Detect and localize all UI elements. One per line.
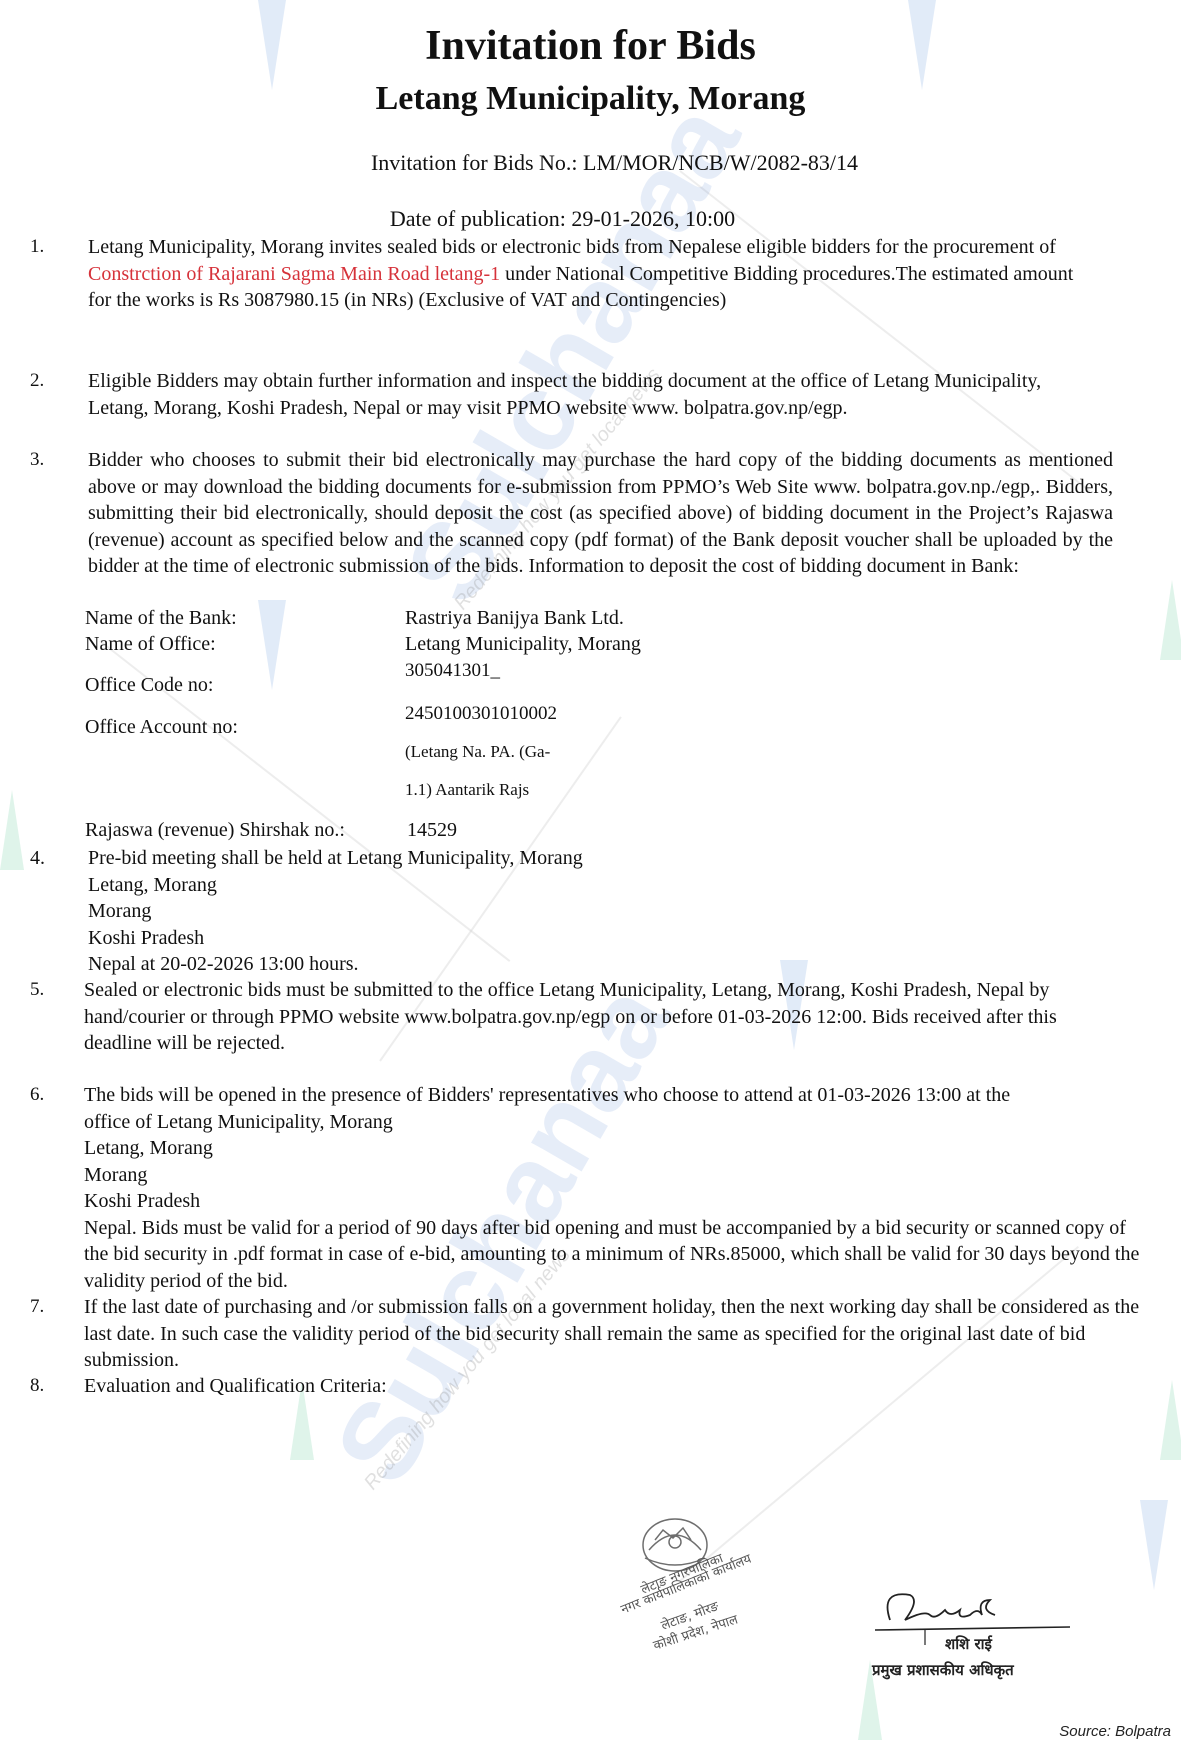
clause-line: Morang [84, 1162, 1164, 1189]
clause-number: 6. [30, 1082, 44, 1109]
clause-text: Sealed or electronic bids must be submit… [84, 977, 1124, 1057]
watermark-triangle [0, 790, 24, 870]
clause-text: Pre-bid meeting shall be held at Letang … [88, 845, 1148, 978]
signatory-designation: प्रमुख प्रशासकीय अधिकृत [871, 1661, 1015, 1680]
bank-value: Rastriya Banijya Bank Ltd. [405, 607, 624, 630]
account-label: Office Account no: [85, 716, 238, 739]
office-code-label: Office Code no: [85, 674, 214, 697]
project-name: Constrction of Rajarani Sagma Main Road … [88, 263, 500, 285]
watermark-triangle [1160, 1380, 1181, 1460]
signature-icon: शशि राई प्रमुख प्रशासकीय अधिकृत [870, 1575, 1090, 1685]
clause-text: Evaluation and Qualification Criteria: [84, 1373, 1144, 1400]
clause-line: Koshi Pradesh [84, 1188, 1164, 1215]
watermark-triangle [1160, 580, 1181, 660]
clause-line: Letang, Morang [88, 872, 1148, 899]
bank-label: Name of the Bank: [85, 607, 237, 630]
clause-text-part: Letang Municipality, Morang invites seal… [88, 236, 1056, 258]
clause-line: Pre-bid meeting shall be held at Letang … [88, 845, 1148, 872]
clause-text: Eligible Bidders may obtain further info… [88, 368, 1098, 421]
clause-number: 3. [30, 447, 44, 474]
account-value: 2450100301010002 [405, 703, 557, 725]
clause-text: Bidder who chooses to submit their bid e… [88, 447, 1113, 580]
clause-number: 1. [30, 234, 44, 261]
clause-line: Koshi Pradesh [88, 925, 1148, 952]
clause-line: office of Letang Municipality, Morang [84, 1109, 1164, 1136]
account-note-1: (Letang Na. PA. (Ga- [405, 742, 550, 762]
office-label: Name of Office: [85, 633, 216, 656]
watermark-triangle [1140, 1500, 1168, 1590]
clause-number: 5. [30, 977, 44, 1004]
document-title: Invitation for Bids [0, 22, 1181, 70]
municipality-seal: लेटाङ नगरपालिका नगर कार्यपालिकाको कार्या… [615, 1510, 795, 1660]
clause-text: The bids will be opened in the presence … [84, 1082, 1164, 1294]
office-value: Letang Municipality, Morang [405, 633, 641, 656]
clause-number: 4. [30, 845, 45, 872]
seal-emblem-icon: लेटाङ नगरपालिका नगर कार्यपालिकाको कार्या… [615, 1510, 795, 1660]
shirshak-value: 14529 [407, 819, 457, 842]
ifb-number: Invitation for Bids No.: LM/MOR/NCB/W/20… [24, 150, 1181, 176]
shirshak-label: Rajaswa (revenue) Shirshak no.: [85, 819, 345, 842]
clause-number: 7. [30, 1294, 44, 1321]
source-credit: Source: Bolpatra [1059, 1723, 1171, 1740]
clause-line: Nepal at 20-02-2026 13:00 hours. [88, 951, 1148, 978]
document-subtitle: Letang Municipality, Morang [0, 80, 1181, 118]
account-note-2: 1.1) Aantarik Rajs [405, 780, 529, 800]
signature-block: शशि राई प्रमुख प्रशासकीय अधिकृत [870, 1575, 1090, 1685]
clause-line: The bids will be opened in the presence … [84, 1082, 1164, 1109]
clause-text: If the last date of purchasing and /or s… [84, 1294, 1144, 1374]
clause-line: Nepal. Bids must be valid for a period o… [84, 1215, 1154, 1295]
clause-line: Morang [88, 898, 1148, 925]
clause-number: 2. [30, 368, 44, 395]
clause-text: Letang Municipality, Morang invites seal… [88, 234, 1088, 314]
publication-date: Date of publication: 29-01-2026, 10:00 [0, 206, 1153, 232]
clause-line: Letang, Morang [84, 1135, 1164, 1162]
watermark-triangle [258, 600, 286, 690]
signatory-name: शशि राई [945, 1635, 993, 1653]
office-code-value: 305041301_ [405, 660, 500, 682]
clause-number: 8. [30, 1373, 44, 1400]
